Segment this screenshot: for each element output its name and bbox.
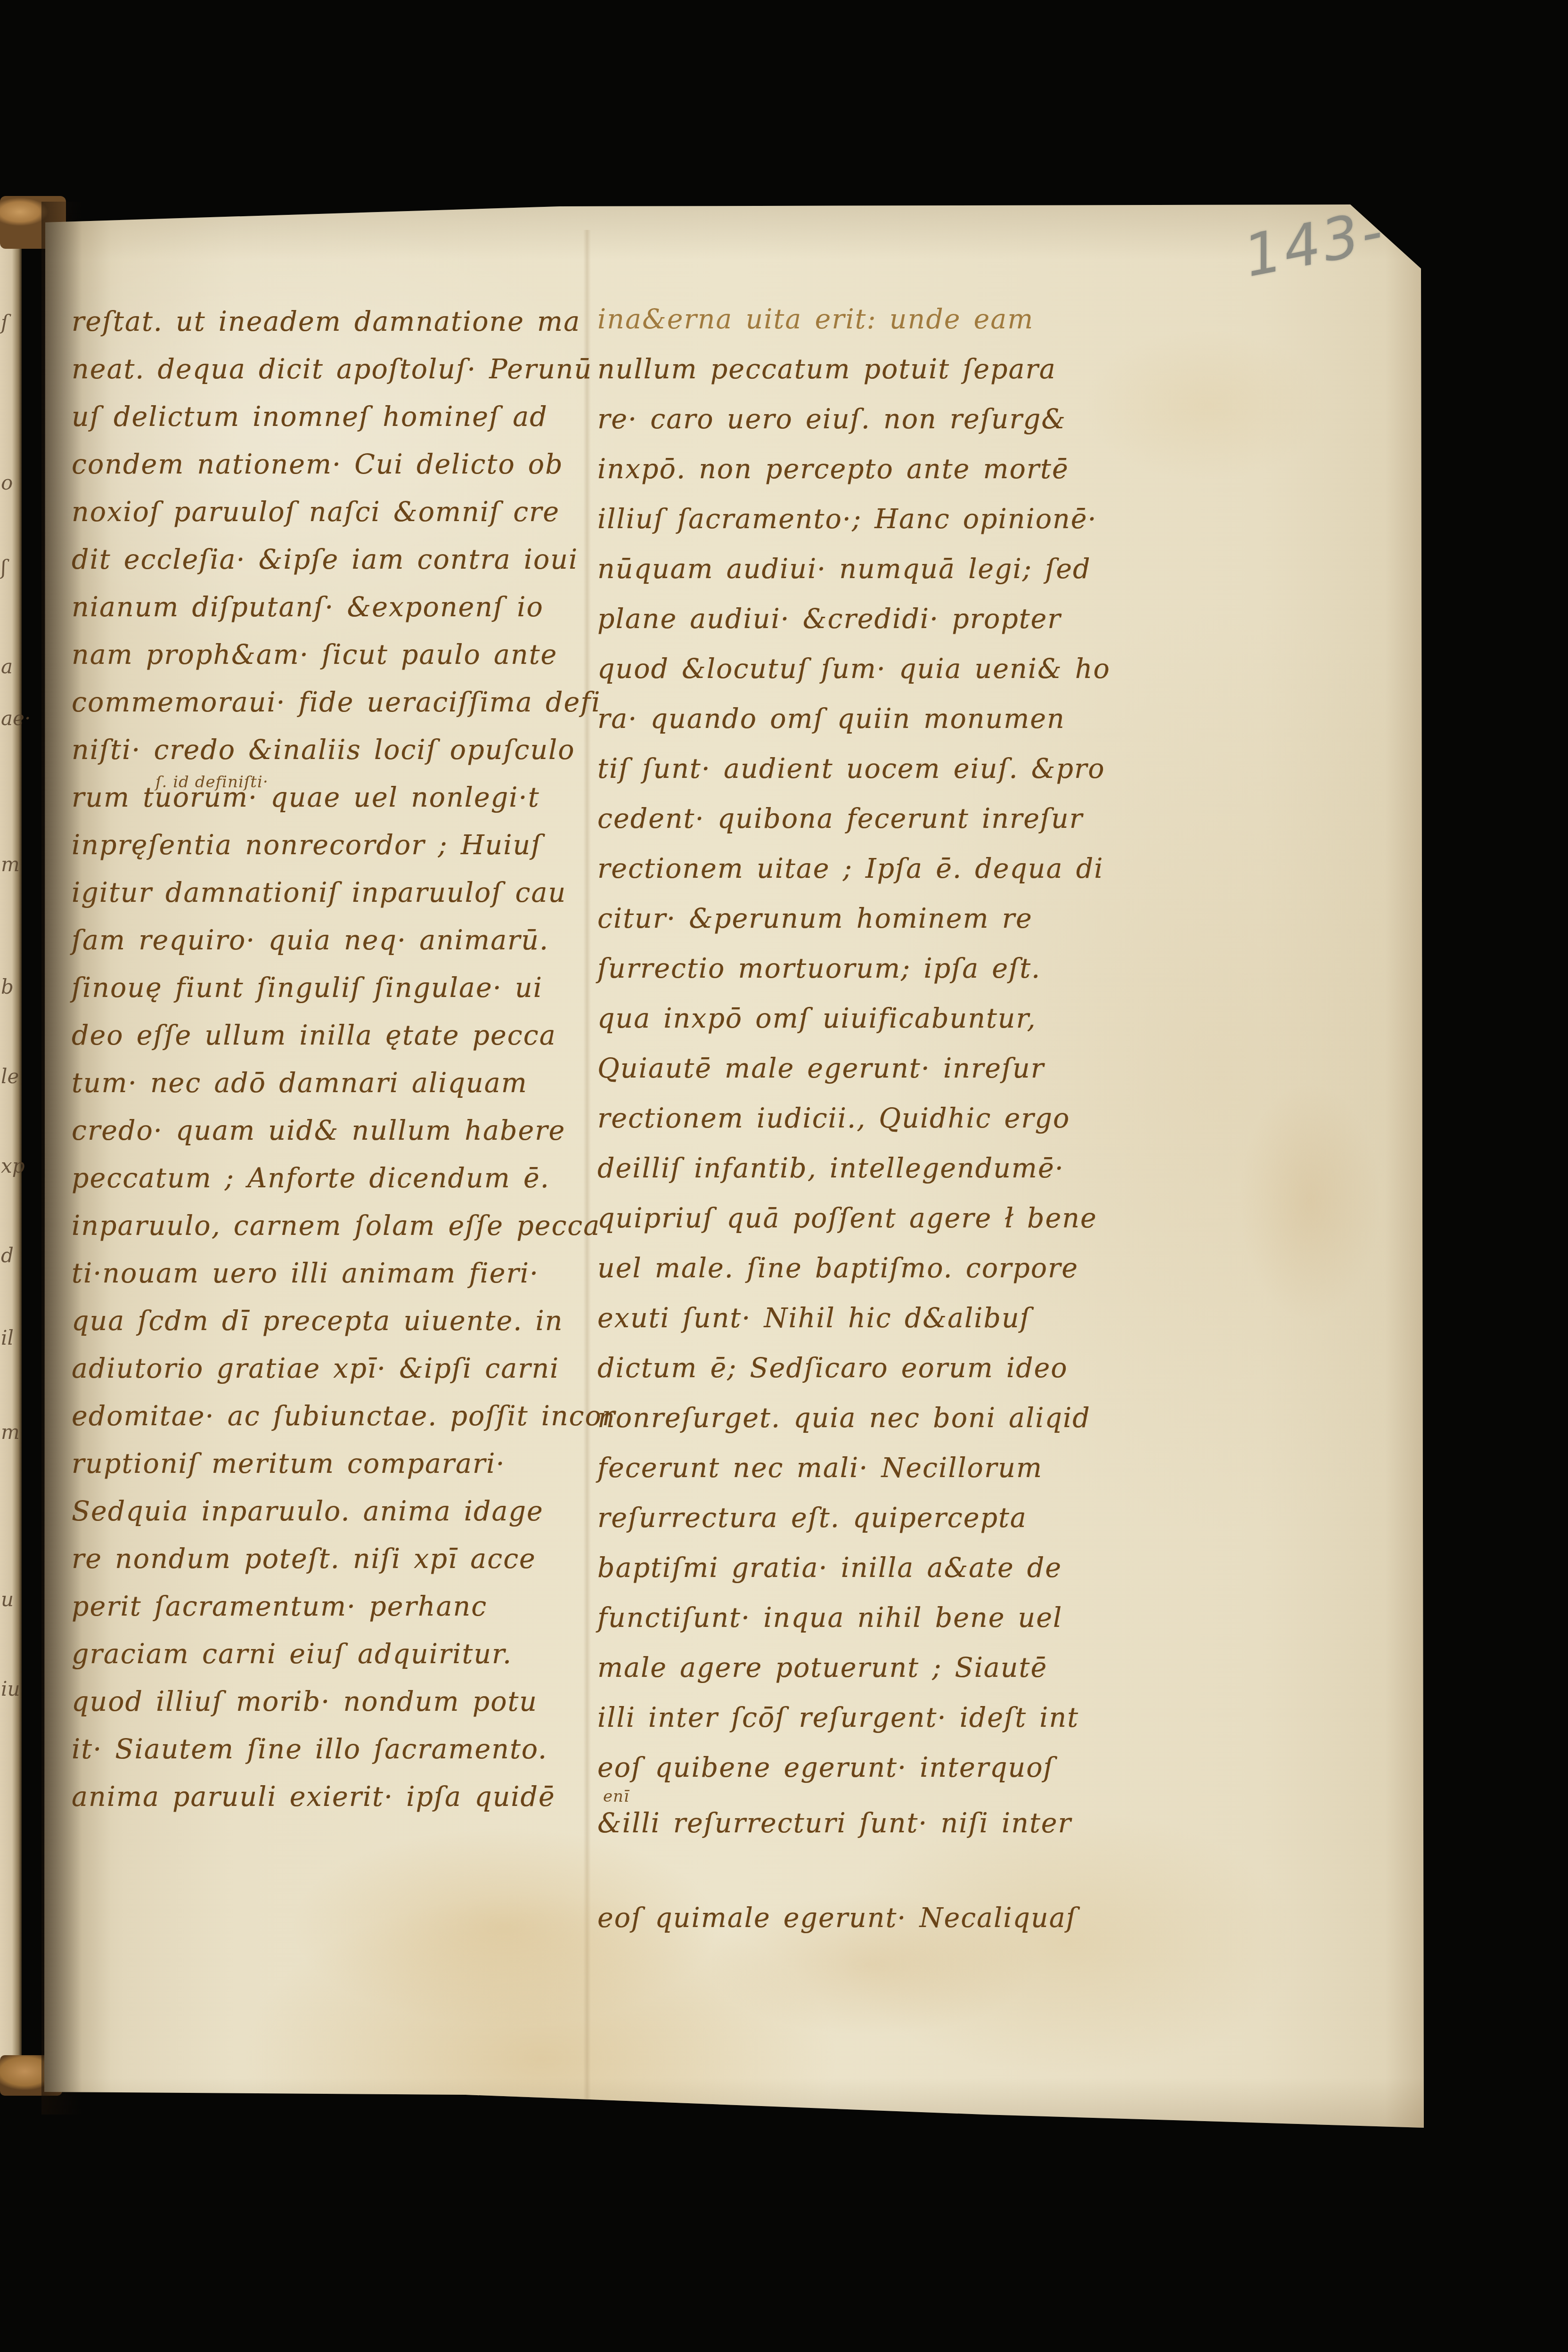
interlinear-gloss: enī	[603, 1787, 629, 1806]
interlinear-gloss: ſ. id definiſti·	[155, 773, 269, 792]
facing-page-text-fragment: ʃ	[1, 556, 6, 579]
manuscript-line: credo· quam uid& nullum habere	[72, 1115, 565, 1146]
manuscript-line: exuti ſunt· Nihil hic d&alibuſ	[597, 1303, 1031, 1334]
manuscript-line: niſti· credo &inaliis lociſ opuſculo	[72, 735, 575, 766]
facing-page-text-fragment: le	[1, 1065, 19, 1088]
manuscript-line: deo eſſe ullum inilla ętate pecca	[72, 1020, 556, 1051]
manuscript-line: re· caro uero eiuſ. non reſurg&	[597, 404, 1066, 435]
folio-number: 143-	[1239, 197, 1390, 290]
manuscript-line: quipriuſ quā poſſent agere ł bene	[597, 1203, 1097, 1234]
manuscript-line: cedent· quibona fecerunt inreſur	[597, 803, 1083, 834]
manuscript-line: reſtat. ut ineadem damnatione ma	[72, 306, 580, 337]
manuscript-line: Quiautē male egerunt· inreſur	[597, 1053, 1045, 1084]
manuscript-line: ſam requiro· quia neq· animarū.	[72, 925, 549, 956]
manuscript-line: dit eccleſia· &ipſe iam contra ioui	[72, 544, 578, 575]
manuscript-line: anima paruuli exierit· ipſa quidē	[72, 1781, 555, 1813]
facing-page-text-fragment: iu	[1, 1677, 20, 1700]
manuscript-line: illi inter ſcōſ reſurgent· ideſt int	[597, 1702, 1079, 1733]
manuscript-line: ſurrectio mortuorum; ipſa eſt.	[597, 953, 1041, 984]
manuscript-line: citur· &perunum hominem re	[597, 903, 1033, 934]
manuscript-line: igitur damnationiſ inparuuloſ cau	[72, 877, 566, 908]
manuscript-line: functiſunt· inqua nihil bene uel	[597, 1602, 1062, 1633]
manuscript-line: uſ delictum inomneſ homineſ ad	[72, 401, 548, 433]
manuscript-line: eoſ quimale egerunt· Necaliquaſ	[597, 1903, 1077, 1934]
manuscript-line: nonreſurget. quia nec boni aliqid	[597, 1403, 1091, 1434]
manuscript-line: peccatum ; Anforte dicendum ē.	[72, 1163, 550, 1194]
manuscript-line: &illi reſurrecturi ſunt· niſi inter	[597, 1808, 1072, 1839]
manuscript-line: male agere potuerunt ; Siautē	[597, 1652, 1047, 1683]
manuscript-line: illiuſ ſacramento·; Hanc opinionē·	[597, 504, 1097, 535]
manuscript-line: ti·nouam uero illi animam fieri·	[72, 1258, 539, 1289]
manuscript-line: deilliſ infantib, intellegendumē·	[597, 1153, 1064, 1184]
facing-page-text-fragment: u	[1, 1588, 14, 1611]
photo-background: ſoʃaae·mblexpdilmuiu 143- reſtat. ut ine…	[0, 0, 1568, 2352]
manuscript-line: baptiſmi gratia· inilla a&ate de	[597, 1552, 1062, 1584]
parchment-stain	[1239, 1084, 1380, 1319]
manuscript-line: commemoraui· fide ueraciſſima defi	[72, 687, 601, 718]
manuscript-line: nūquam audiui· numquā legi; ſed	[597, 554, 1091, 585]
manuscript-line: nam proph&am· ſicut paulo ante	[72, 639, 557, 670]
manuscript-line: rectionem uitae ; Ipſa ē. dequa di	[597, 853, 1103, 884]
manuscript-line: reſurrectura eſt. quipercepta	[597, 1503, 1027, 1534]
manuscript-line: noxioſ paruuloſ naſci &omniſ cre	[72, 497, 560, 528]
manuscript-line: quod &locutuſ ſum· quia ueni& ho	[597, 653, 1111, 685]
manuscript-line: graciam carni eiuſ adquiritur.	[72, 1639, 512, 1670]
facing-page-text-fragment: xp	[1, 1154, 25, 1177]
manuscript-line: re nondum poteſt. niſi xpī acce	[72, 1543, 536, 1575]
manuscript-line: neat. dequa dicit apoſtoluſ· Perunū	[72, 354, 592, 385]
manuscript-line: eoſ quibene egerunt· interquoſ	[597, 1752, 1054, 1783]
manuscript-line: it· Siautem ſine illo ſacramento.	[72, 1734, 547, 1765]
manuscript-line: ina&erna uita erit: unde eam	[597, 304, 1034, 335]
facing-page-edge: ſoʃaae·mblexpdilmuiu	[0, 221, 22, 2082]
manuscript-line: inxpō. non percepto ante mortē	[597, 454, 1069, 485]
manuscript-line: ruptioniſ meritum comparari·	[72, 1448, 506, 1479]
manuscript-line: Sedquia inparuulo. anima idage	[72, 1496, 544, 1527]
manuscript-line: condem nationem· Cui delicto ob	[72, 449, 563, 480]
manuscript-line: rum tuorum· quae uel nonlegi·t	[72, 782, 540, 813]
facing-page-text-fragment: a	[1, 655, 13, 678]
manuscript-line: inpręſentia nonrecordor ; Huiuſ	[72, 830, 542, 861]
facing-page-text-fragment: o	[1, 471, 13, 494]
manuscript-line: nullum peccatum potuit ſepara	[597, 354, 1056, 385]
manuscript-line: ſinouę fiunt ſinguliſ ſingulae· ui	[72, 972, 543, 1004]
manuscript-line: ra· quando omſ quiin monumen	[597, 703, 1065, 735]
manuscript-line: plane audiui· &credidi· propter	[597, 604, 1062, 635]
facing-page-text-fragment: d	[1, 1244, 14, 1267]
manuscript-line: qua inxpō omſ uiuificabuntur,	[597, 1003, 1037, 1034]
page-crease	[583, 230, 591, 2105]
facing-page-text-fragment: m	[1, 853, 20, 876]
manuscript-line: adiutorio gratiae xpī· &ipſi carni	[72, 1353, 559, 1384]
facing-page-text-fragment: ae·	[1, 707, 31, 730]
manuscript-line: uel male. ſine baptiſmo. corpore	[597, 1253, 1078, 1284]
manuscript-line: dictum ē; Sedſicaro eorum ideo	[597, 1353, 1068, 1384]
manuscript-line: fecerunt nec mali· Necillorum	[597, 1453, 1043, 1484]
manuscript-line: perit ſacramentum· perhanc	[72, 1591, 487, 1622]
parchment-stain	[1084, 330, 1329, 481]
manuscript-line: edomitae· ac ſubiunctae. poſſit incor	[72, 1401, 616, 1432]
manuscript-line: tiſ ſunt· audient uocem eiuſ. &pro	[597, 753, 1105, 784]
manuscript-line: inparuulo, carnem ſolam eſſe pecca	[72, 1210, 600, 1241]
facing-page-text-fragment: m	[1, 1421, 20, 1444]
manuscript-line: quod illiuſ morib· nondum potu	[72, 1686, 538, 1717]
facing-page-text-fragment: il	[1, 1326, 14, 1349]
manuscript-line: tum· nec adō damnari aliquam	[72, 1068, 528, 1099]
manuscript-page: 143- reſtat. ut ineadem damnatione manea…	[41, 202, 1427, 2136]
manuscript-line: qua ſcdm dī precepta uiuente. in	[72, 1306, 563, 1337]
manuscript-line: rectionem iudicii., Quidhic ergo	[597, 1103, 1070, 1134]
manuscript-line: nianum diſputanſ· &exponenſ io	[72, 592, 544, 623]
facing-page-text-fragment: ſ	[1, 311, 8, 334]
facing-page-text-fragment: b	[1, 975, 14, 998]
